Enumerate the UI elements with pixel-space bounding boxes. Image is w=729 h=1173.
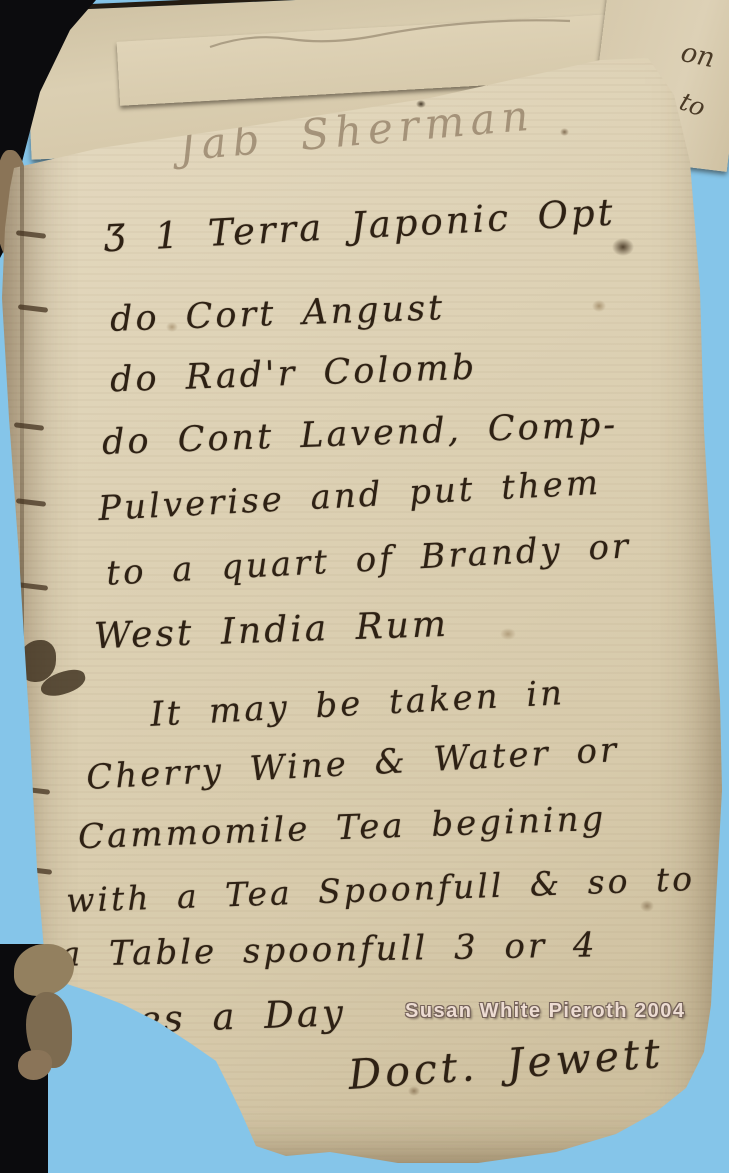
scanned-manuscript: on to Jab Sherman Ʒ 1 Terra Japonic Opt … [0,0,729,1173]
ink-stain [612,238,634,256]
faint-scribble [200,12,580,62]
foxing-spot [500,628,516,640]
fragment-word: on [678,37,717,74]
watermark: Susan White Pieroth 2004 [405,1000,686,1023]
binding-edge [20,150,24,960]
manuscript-page: Jab Sherman Ʒ 1 Terra Japonic Opt do Cor… [0,0,729,1173]
torn-paper-debris [14,944,74,996]
foxing-spot [560,128,569,136]
foxing-spot [640,900,654,912]
foxing-spot [592,300,606,312]
